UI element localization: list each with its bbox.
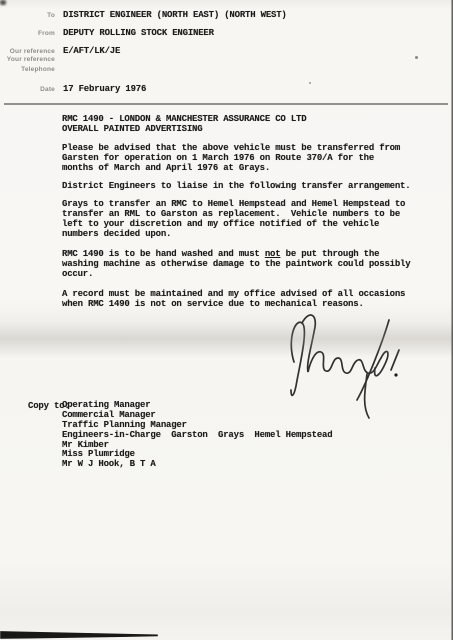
subject-heading: RMC 1490 - LONDON & MANCHESTER ASSURANCE… [62,114,434,134]
scanned-memo-page: To DISTRICT ENGINEER (NORTH EAST) (NORTH… [0,0,453,640]
scan-speck [309,82,311,84]
date-value: 17 February 1976 [63,84,146,94]
header-field-telephone: Telephone [0,66,63,73]
copy-to-list: Operating Manager Commercial Manager Tra… [62,401,332,470]
copy-recipient: Mr W J Hook, B T A [62,460,332,470]
header-field-your-reference: Your reference [0,56,63,63]
underlined-word-not: not [265,249,281,259]
from-label: From [0,30,55,37]
from-value: DEPUTY ROLLING STOCK ENGINEER [63,28,214,38]
header-divider-rule [4,103,448,105]
telephone-label: Telephone [0,66,55,73]
your-reference-label: Your reference [0,56,55,63]
header-field-from: From DEPUTY ROLLING STOCK ENGINEER [0,28,214,38]
paragraph-transfer-notice: Please be advised that the above vehicle… [62,143,434,173]
paragraph-liaise: District Engineers to liaise in the foll… [62,181,434,191]
our-reference-value: E/AFT/LK/JE [63,46,120,56]
header-field-to: To DISTRICT ENGINEER (NORTH EAST) (NORTH… [0,10,287,20]
paragraph-hand-wash-start: RMC 1490 is to be hand washed and must [62,249,265,259]
paragraph-hand-wash: RMC 1490 is to be hand washed and must n… [62,249,434,279]
date-label: Date [0,86,55,93]
header-field-date: Date 17 February 1976 [0,84,146,94]
our-reference-label: Our reference [0,48,55,55]
paragraph-transfer-arrangement: Grays to transfer an RMC to Hemel Hempst… [62,199,434,239]
scan-corner-smudge [0,0,6,5]
scan-bottom-black-bar [0,630,158,639]
letter-body: RMC 1490 - LONDON & MANCHESTER ASSURANCE… [62,114,434,309]
to-label: To [0,12,55,19]
scan-speck [415,56,418,59]
header-field-our-reference: Our reference E/AFT/LK/JE [0,46,120,56]
to-value: DISTRICT ENGINEER (NORTH EAST) (NORTH WE… [63,10,287,20]
